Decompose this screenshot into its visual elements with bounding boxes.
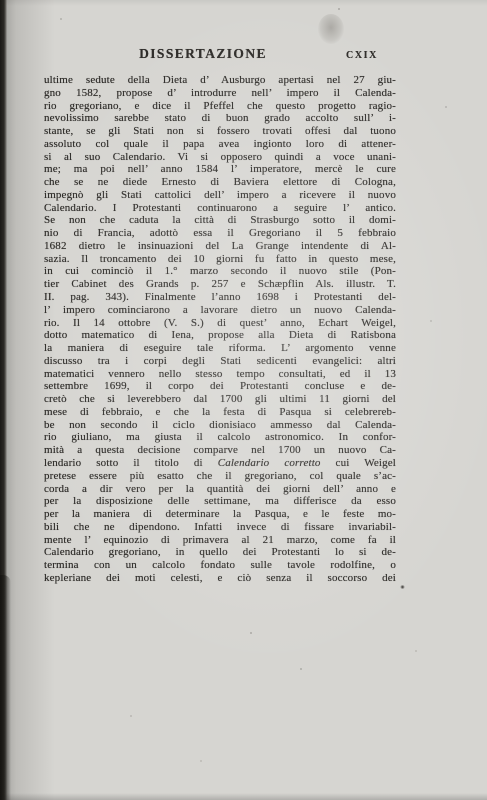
text-line: lendario sotto il titolo di Calendario c… [44,457,396,470]
body-text: ultime sedute della Dieta d’ Ausburgo ap… [44,74,396,585]
text-line: si al suo Calendario. Vi si opposero qui… [44,151,396,164]
folio-number: CXIX [346,50,386,61]
text-line: la maniera di eseguire tale riforma. L’ … [44,342,396,355]
scanned-book-page: DISSERTAZIONE CXIX ultime sedute della D… [0,0,487,800]
text-line: dotto matematico di Iena, propose alla D… [44,329,396,342]
text-line: per la maniera di determinare la Pasqua,… [44,508,396,521]
text-line: rio. Il 14 ottobre (V. S.) di quest’ ann… [44,317,396,330]
text-line: termina con un calcolo fondato sulle tav… [44,559,396,572]
text-line: nevolissimo sarebbe stato di buon grado … [44,112,396,125]
paper-stain [318,14,344,44]
text-line: ultime sedute della Dieta d’ Ausburgo ap… [44,74,396,87]
text-line: Calendario. I Protestanti continuarono a… [44,202,396,215]
text-line: stante, se gli Stati non si fossero trov… [44,125,396,138]
text-line: l’ impero cominciarono a lavorare dietro… [44,304,396,317]
text-line: in cui cominciò il 1.° marzo secondo il … [44,265,396,278]
text-segment: lendario sotto il titolo di [44,457,218,469]
text-line: cretò che si leverebbero dal 1700 gli ul… [44,393,396,406]
text-line: sazia. Il troncamento dei 10 giorni fu f… [44,253,396,266]
text-line: corda a dir vero per la quantità dei gio… [44,483,396,496]
text-line: Calendario gregoriano, in quello dei Pro… [44,546,396,559]
text-line: impegnò gli Stati cattolici dell’ impero… [44,189,396,202]
text-line: rio gregoriano, e dice il Pfeffel che qu… [44,100,396,113]
text-line: pretese essere più esatto che il gregori… [44,470,396,483]
text-line: Se non che caduta la città di Strasburgo… [44,214,396,227]
text-line: che se ne diede Ernesto di Baviera elett… [44,176,396,189]
text-line: gno 1582, propose d’ introdurre nell’ im… [44,87,396,100]
text-line: mente l’ equinozio di primavera al 21 ma… [44,534,396,547]
text-line: kepleriane dei moti celesti, e ciò senza… [44,572,396,585]
ink-speck [400,585,405,589]
text-line: bili che ne dipendono. Infatti invece di… [44,521,396,534]
text-line: tier Cabinet des Grands p. 257 e Schæpfl… [44,278,396,291]
text-segment: cui Weigel [321,457,396,469]
text-line: matematici vennero nello stesso tempo co… [44,368,396,381]
text-line: per la disposizione delle settimane, ma … [44,495,396,508]
text-line: 1682 dietro le insinuazioni del La Grang… [44,240,396,253]
text-line: II. pag. 343). Finalmente l’anno 1698 i … [44,291,396,304]
text-line: me; ma poi nell’ anno 1584 l’ imperatore… [44,163,396,176]
text-line: be non secondo il ciclo dionisiaco ammes… [44,419,396,432]
text-line: rio giuliano, ma giusta il calcolo astro… [44,431,396,444]
text-line: assoluto col quale il papa avea ingionto… [44,138,396,151]
book-spine-edge-lower [0,575,11,800]
text-line: nio di Francia, adottò essa il Gregorian… [44,227,396,240]
text-line: mità a questa decisione comparve nel 170… [44,444,396,457]
running-title: DISSERTAZIONE [30,46,376,62]
text-segment-italic: Calendario corretto [218,457,321,469]
text-line: mese di febbraio, e che la festa di Pasq… [44,406,396,419]
text-line: settembre 1699, il corpo dei Protestanti… [44,380,396,393]
text-line: discusso tra i corpi degli Stati sedicen… [44,355,396,368]
